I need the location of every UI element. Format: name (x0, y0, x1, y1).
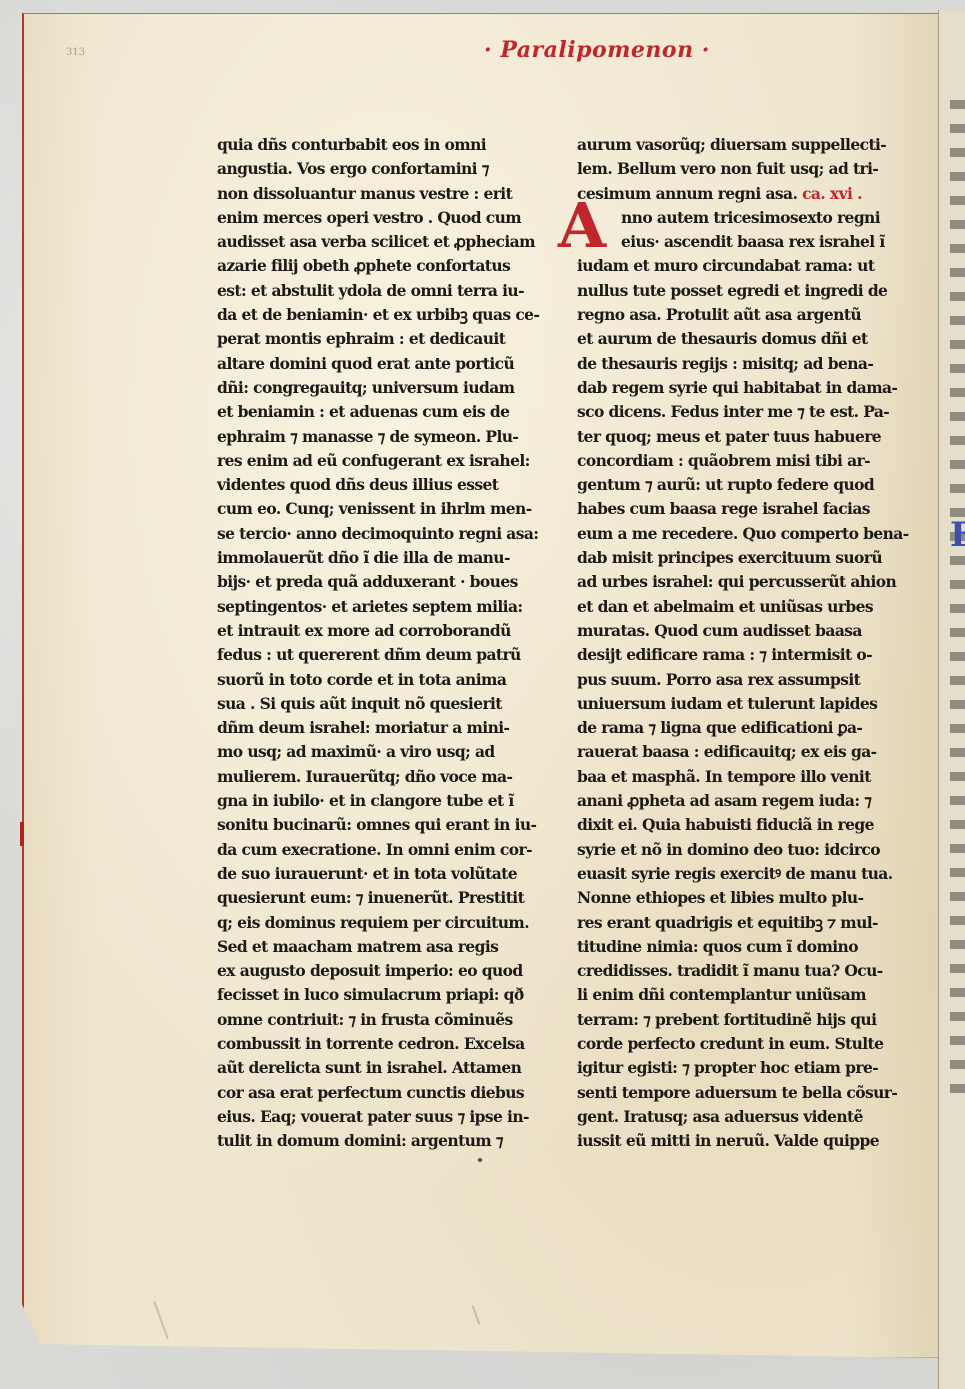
text-line: muratas. Quod cum audisset baasa (577, 619, 867, 643)
text-line: iussit eũ mitti in neruũ. Valde quippe (577, 1129, 867, 1153)
text-line: gent. Iratusq; asa aduersus videntẽ (577, 1105, 867, 1129)
text-line: rauerat baasa : edificauitq; ex eis ga- (577, 740, 867, 764)
text-line: ephraim ⁊ manasse ⁊ de symeon. Plu- (217, 425, 507, 449)
text-line: nno autem tricesimosexto regni (577, 206, 867, 230)
right-text-column: aurum vasorũq; diuersam suppellecti-lem.… (577, 133, 867, 1153)
text-line: dab regem syrie qui habitabat in dama- (577, 376, 867, 400)
text-line: li enim dñi contemplantur uniũsam (577, 983, 867, 1007)
text-line: sonitu bucinarũ: omnes qui erant in iu- (217, 813, 507, 837)
text-line: ex augusto deposuit imperio: eo quod (217, 959, 507, 983)
text-line: et dan et abelmaim et uniũsas urbes (577, 595, 867, 619)
text-line: cum eo. Cunq; venissent in ihrlm men- (217, 497, 507, 521)
text-line: igitur egisti: ⁊ propter hoc etiam pre- (577, 1056, 867, 1080)
text-line: regno asa. Protulit aũt asa argentũ (577, 303, 867, 327)
text-line: ad urbes israhel: qui percusserũt ahion (577, 570, 867, 594)
chapter-rubric: ca. xvi . (802, 184, 862, 203)
text-line: gna in iubilo· et in clangore tube et ĩ (217, 789, 507, 813)
text-line: angustia. Vos ergo confortamini ⁊ (217, 157, 507, 181)
text-line: iudam et muro circundabat rama: ut (577, 254, 867, 278)
adjacent-page-text (950, 100, 965, 1100)
text-line: cor asa erat perfectum cunctis diebus (217, 1081, 507, 1105)
text-line: aurum vasorũq; diuersam suppellecti- (577, 133, 867, 157)
text-line: immolauerũt dño ĩ die illa de manu- (217, 546, 507, 570)
text-line: et intrauit ex more ad corroborandũ (217, 619, 507, 643)
text-line: dñi: congregauitq; universum iudam (217, 376, 507, 400)
text-line: lem. Bellum vero non fuit usq; ad tri- (577, 157, 867, 181)
text-line: gentum ⁊ aurũ: ut rupto federe quod (577, 473, 867, 497)
text-line: euasit syrie regis exercitꝰ de manu tua. (577, 862, 867, 886)
text-line: habes cum baasa rege israhel facias (577, 497, 867, 521)
text-line: septingentos· et arietes septem milia: (217, 595, 507, 619)
text-line: credidisses. tradidit ĩ manu tua? Ocu- (577, 959, 867, 983)
text-line: mo usq; ad maximũ· a viro usq; ad (217, 740, 507, 764)
text-line: terram: ⁊ prebent fortitudinẽ hijs qui (577, 1008, 867, 1032)
text-line: fecisset in luco simulacrum priapi: qð (217, 983, 507, 1007)
text-line: eius· ascendit baasa rex israhel ĩ (577, 230, 867, 254)
text-line: res erant quadrigis et equitibꝫ ⁊ mul- (577, 911, 867, 935)
text-line: da cum execratione. In omni enim cor- (217, 838, 507, 862)
text-line: da et de beniamin· et ex urbibꝫ quas ce- (217, 303, 507, 327)
text-line: dñm deum israhel: moriatur a mini- (217, 716, 507, 740)
text-line: sco dicens. Fedus inter me ⁊ te est. Pa- (577, 400, 867, 424)
folio-mark: 313 (66, 47, 85, 58)
illuminated-initial: A (558, 200, 620, 252)
text-line: suorũ in toto corde et in tota anima (217, 668, 507, 692)
text-line: q; eis dominus requiem per circuitum. (217, 911, 507, 935)
text-line: dixit ei. Quia habuisti fiduciã in rege (577, 813, 867, 837)
text-line: Nonne ethiopes et libies multo plu- (577, 886, 867, 910)
text-line: dab misit principes exercituum suorũ (577, 546, 867, 570)
ink-spot (478, 1158, 482, 1162)
text-line: quesierunt eum: ⁊ inuenerũt. Prestitit (217, 886, 507, 910)
left-text-column: quia dñs conturbabit eos in omniangustia… (217, 133, 507, 1153)
text-line: bijs· et preda quã adduxerant · boues (217, 570, 507, 594)
text-line: non dissoluantur manus vestre : erit (217, 182, 507, 206)
text-line: titudine nimia: quos cum ĩ domino (577, 935, 867, 959)
text-line: syrie et nõ in domino deo tuo: idcirco (577, 838, 867, 862)
text-line: senti tempore aduersum te bella cõsur- (577, 1081, 867, 1105)
text-line: de suo iurauerunt· et in tota volũtate (217, 862, 507, 886)
text-line: et beniamin : et aduenas cum eis de (217, 400, 507, 424)
text-line: corde perfecto credunt in eum. Stulte (577, 1032, 867, 1056)
text-line: res enim ad eũ confugerant ex israhel: (217, 449, 507, 473)
text-line: videntes quod dñs deus illius esset (217, 473, 507, 497)
text-line: azarie filij obeth ꝓphete confortatus (217, 254, 507, 278)
text-line: anani ꝓpheta ad asam regem iuda: ⁊ (577, 789, 867, 813)
text-line: perat montis ephraim : et dedicauit (217, 327, 507, 351)
text-line: enim merces operi vestro . Quod cum (217, 206, 507, 230)
running-head: · Paralipomenon · (484, 37, 710, 63)
text-line: pus suum. Porro asa rex assumpsit (577, 668, 867, 692)
text-line: uniuersum iudam et tulerunt lapides (577, 692, 867, 716)
text-line: et aurum de thesauris domus dñi et (577, 327, 867, 351)
adjacent-page-blue-initial: B (950, 515, 965, 555)
text-line: eius. Eaq; vouerat pater suus ⁊ ipse in- (217, 1105, 507, 1129)
text-line: concordiam : quãobrem misi tibi ar- (577, 449, 867, 473)
text-line: tulit in domum domini: argentum ⁊ (217, 1129, 507, 1153)
text-line: desijt edificare rama : ⁊ intermisit o- (577, 643, 867, 667)
text-line: ter quoq; meus et pater tuus habuere (577, 425, 867, 449)
text-line: combussit in torrente cedron. Excelsa (217, 1032, 507, 1056)
text-line: sua . Si quis aũt inquit nõ quesierit (217, 692, 507, 716)
text-line: Sed et maacham matrem asa regis (217, 935, 507, 959)
text-line: audisset asa verba scilicet et ꝓpheciam (217, 230, 507, 254)
text-line: aũt derelicta sunt in israhel. Attamen (217, 1056, 507, 1080)
text-line: nullus tute posset egredi et ingredi de (577, 279, 867, 303)
text-line: altare domini quod erat ante porticũ (217, 352, 507, 376)
margin-red-mark (20, 822, 24, 846)
text-line: de thesauris regijs : misitq; ad bena- (577, 352, 867, 376)
text-line: baa et masphã. In tempore illo venit (577, 765, 867, 789)
text-line: eum a me recedere. Quo comperto bena- (577, 522, 867, 546)
text-line: cesimum annum regni asa. ca. xvi . (577, 182, 867, 206)
text-line: se tercio· anno decimoquinto regni asa: (217, 522, 507, 546)
text-line: de rama ⁊ ligna que edificationi ꝑa- (577, 716, 867, 740)
text-line: mulierem. Iurauerũtq; dño voce ma- (217, 765, 507, 789)
text-line: quia dñs conturbabit eos in omni (217, 133, 507, 157)
text-line: est: et abstulit ydola de omni terra iu- (217, 279, 507, 303)
text-line: omne contriuit: ⁊ in frusta cõminuẽs (217, 1008, 507, 1032)
text-line: fedus : ut quererent dñm deum patrũ (217, 643, 507, 667)
